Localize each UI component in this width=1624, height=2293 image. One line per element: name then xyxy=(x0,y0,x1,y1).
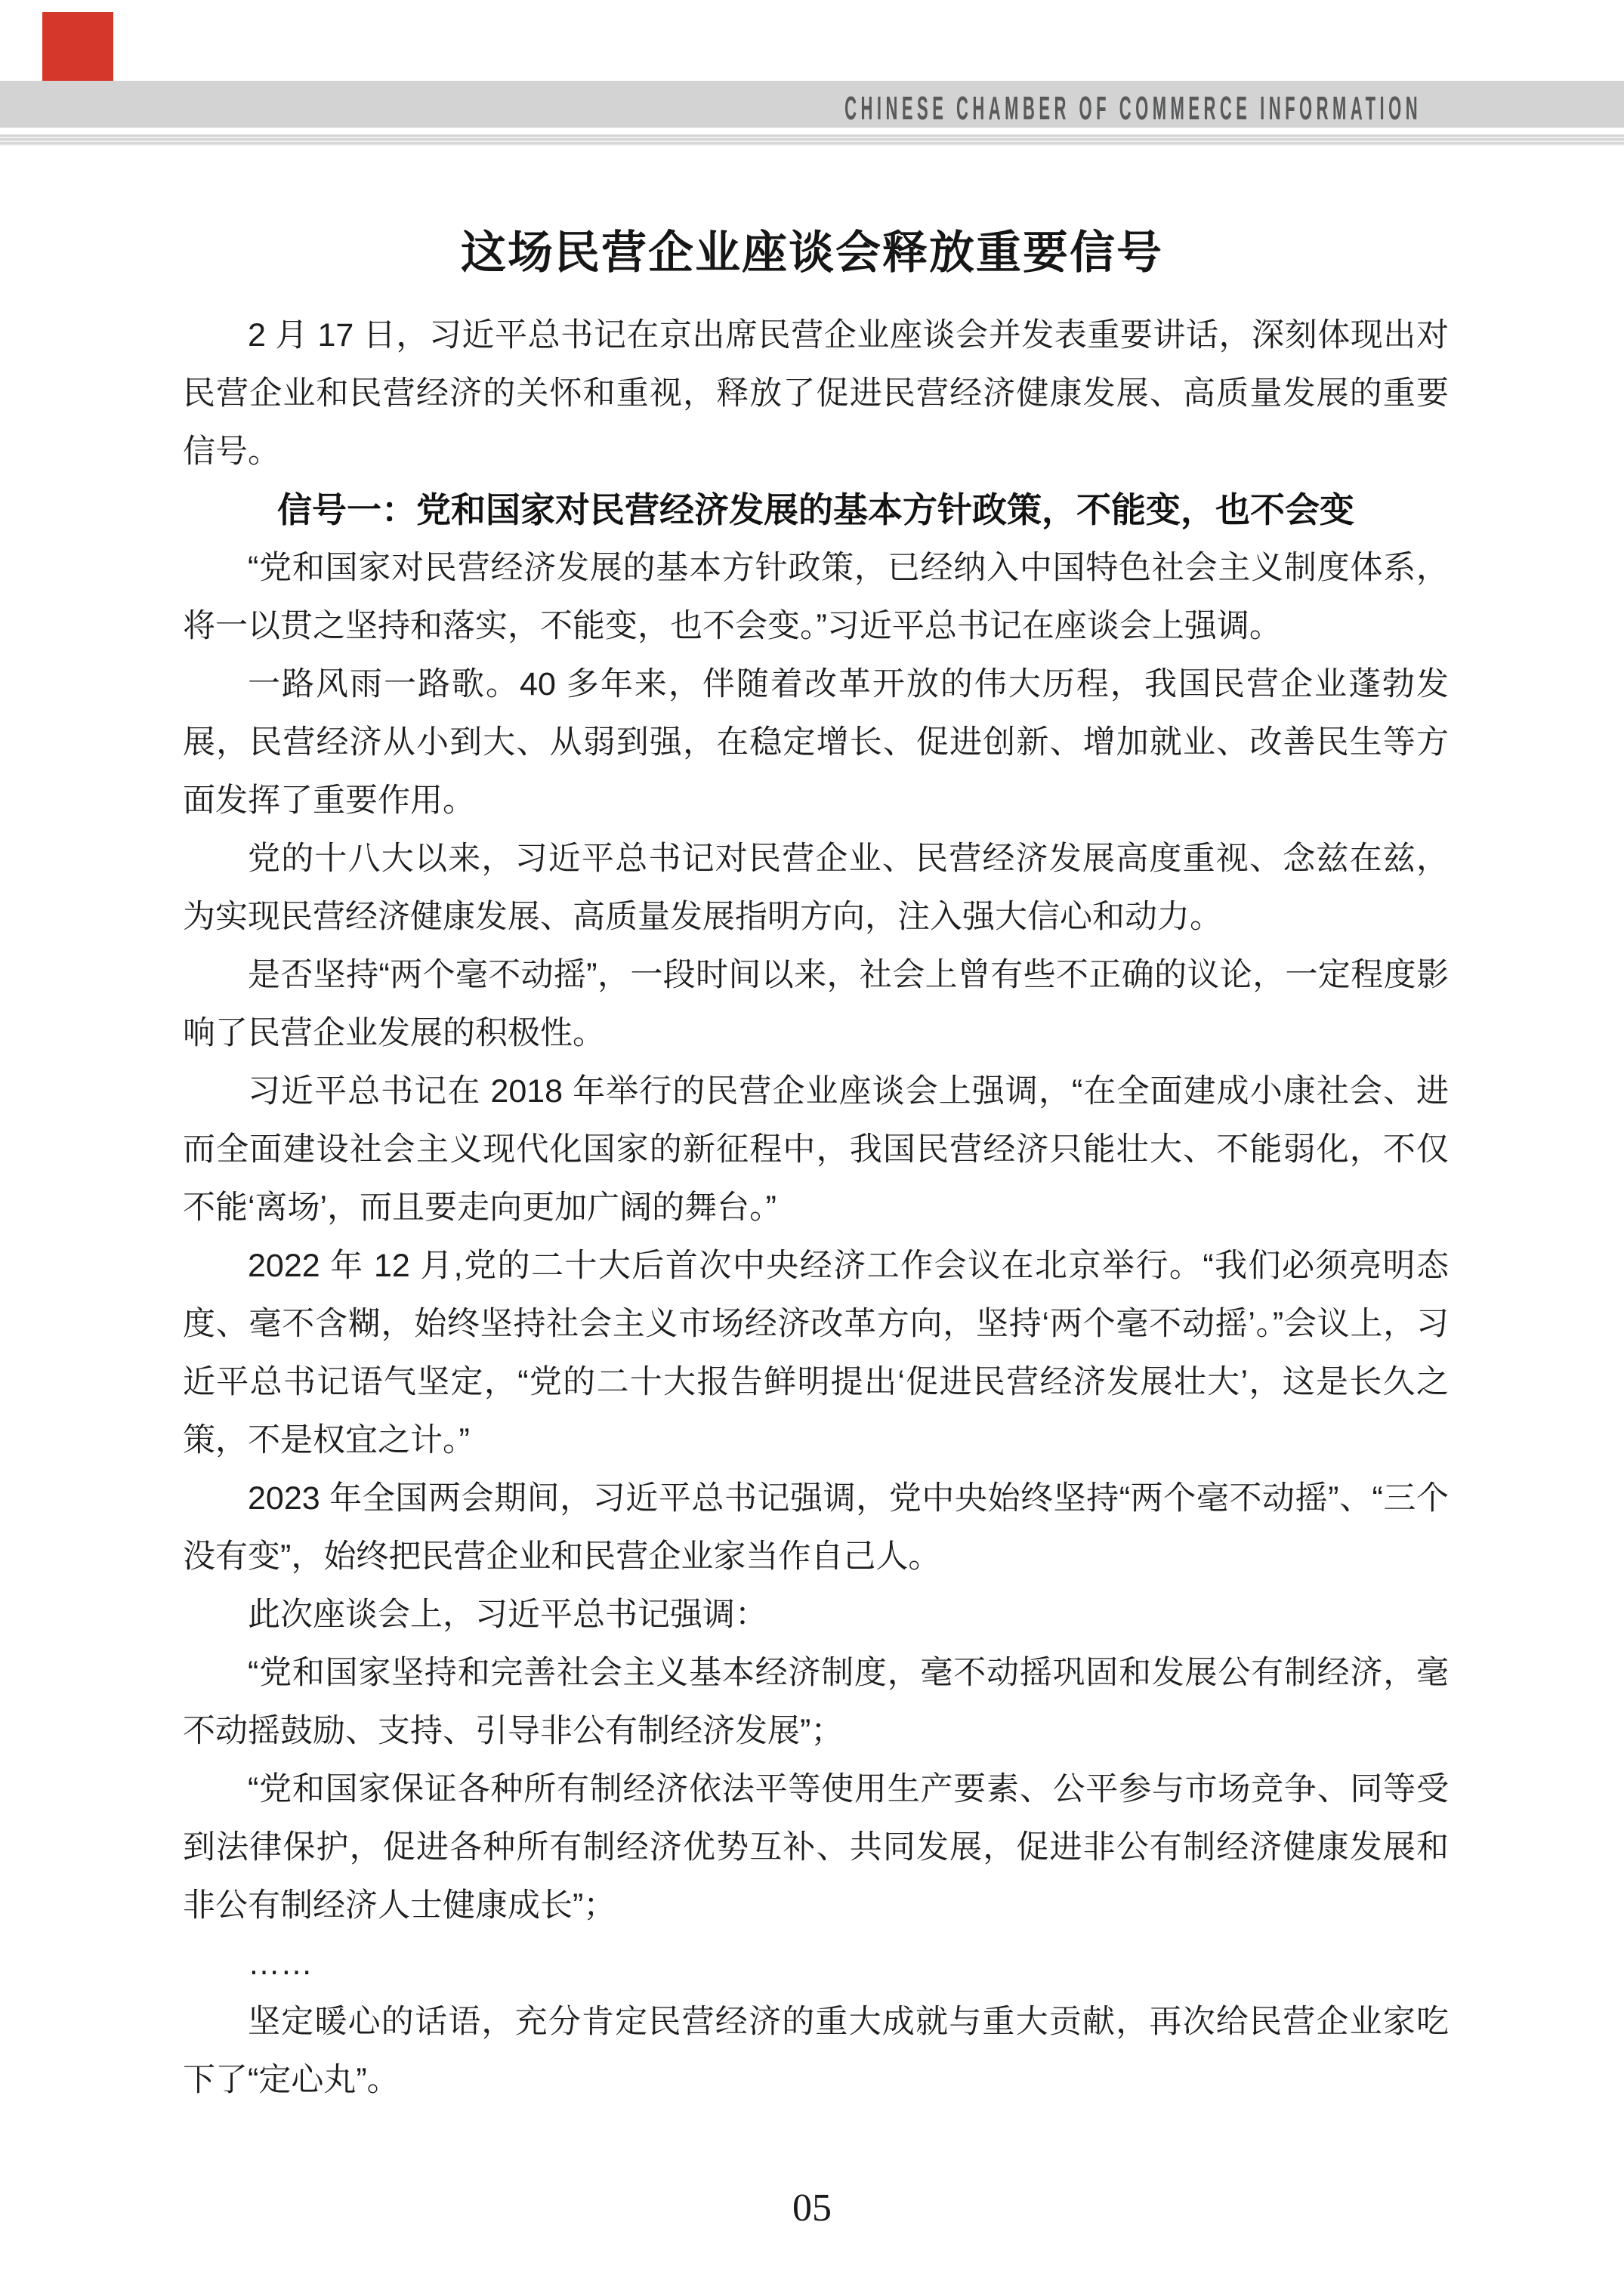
paragraph: “党和国家对民营经济发展的基本方针政策，已经纳入中国特色社会主义制度体系，将一以… xyxy=(183,539,1449,656)
document-page: CHINESE CHAMBER OF COMMERCE INFORMATION … xyxy=(0,0,1624,2293)
paragraph: 2023 年全国两会期间，习近平总书记强调，党中央始终坚持“两个毫不动摇”、“三… xyxy=(183,1470,1449,1586)
paragraph: 是否坚持“两个毫不动摇”，一段时间以来，社会上曾有些不正确的议论，一定程度影响了… xyxy=(183,946,1449,1063)
paragraph: “党和国家保证各种所有制经济依法平等使用生产要素、公平参与市场竞争、同等受到法律… xyxy=(183,1761,1449,1935)
red-accent-square xyxy=(42,12,113,82)
paragraph: 2 月 17 日，习近平总书记在京出席民营企业座谈会并发表重要讲话，深刻体现出对… xyxy=(183,307,1449,481)
section-heading: 信号一：党和国家对民营经济发展的基本方针政策，不能变，也不会变 xyxy=(183,481,1449,539)
article-title: 这场民营企业座谈会释放重要信号 xyxy=(0,230,1624,276)
header-stripes-divider xyxy=(0,134,1624,146)
paragraph: 习近平总书记在 2018 年举行的民营企业座谈会上强调，“在全面建成小康社会、进… xyxy=(183,1063,1449,1237)
page-number: 05 xyxy=(0,2189,1624,2228)
header-slogan: CHINESE CHAMBER OF COMMERCE INFORMATION xyxy=(844,92,1422,125)
paragraph: 坚定暖心的话语，充分肯定民营经济的重大成就与重大贡献，再次给民营企业家吃下了“定… xyxy=(183,1993,1449,2109)
paragraph: “党和国家坚持和完善社会主义基本经济制度，毫不动摇巩固和发展公有制经济，毫不动摇… xyxy=(183,1644,1449,1761)
paragraph: …… xyxy=(183,1935,1449,1993)
paragraph: 一路风雨一路歌。40 多年来，伴随着改革开放的伟大历程，我国民营企业蓬勃发展，民… xyxy=(183,656,1449,830)
article-body: 2 月 17 日，习近平总书记在京出席民营企业座谈会并发表重要讲话，深刻体现出对… xyxy=(183,307,1449,2109)
paragraph: 党的十八大以来，习近平总书记对民营企业、民营经济发展高度重视、念兹在兹，为实现民… xyxy=(183,830,1449,946)
paragraph: 此次座谈会上，习近平总书记强调： xyxy=(183,1586,1449,1644)
paragraph: 2022 年 12 月,党的二十大后首次中央经济工作会议在北京举行。“我们必须亮… xyxy=(183,1237,1449,1470)
